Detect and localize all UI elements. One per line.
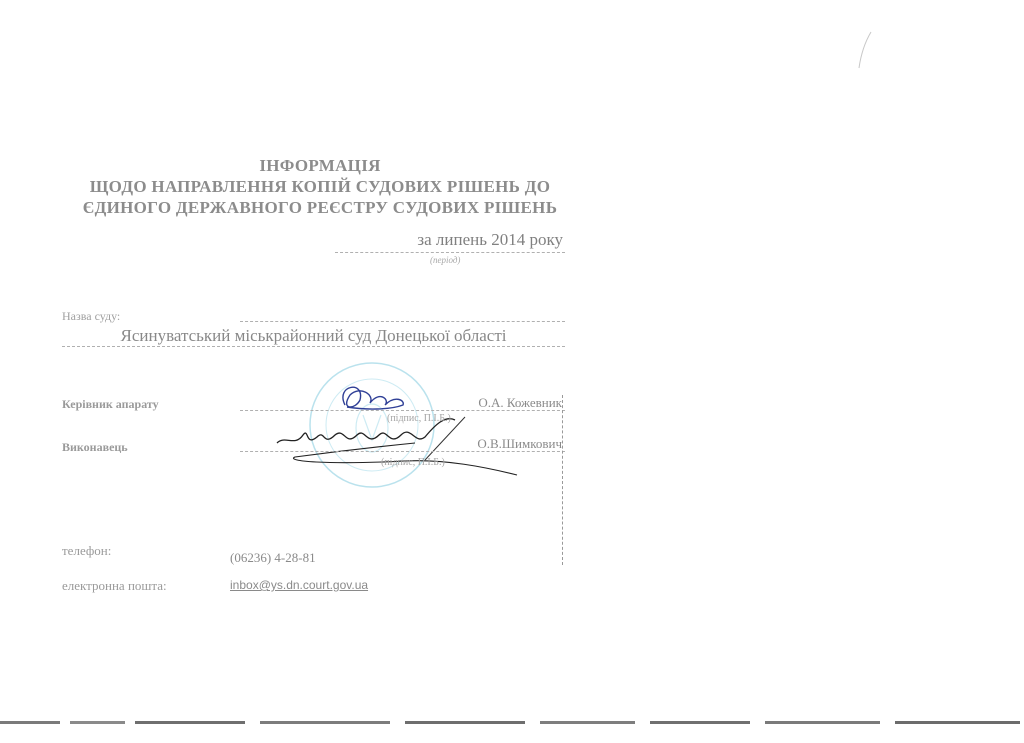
signatory-role-executor: Виконавець [62, 440, 128, 455]
signature-line-executor [240, 451, 565, 452]
email-label: електронна пошта: [62, 578, 167, 594]
period-caption: (період) [430, 255, 460, 265]
signature-caption-executor: (підпис, П.І.Б.) [381, 457, 445, 468]
document-title: ІНФОРМАЦІЯ [60, 155, 580, 176]
court-name-label: Назва суду: [62, 309, 120, 324]
handwritten-signatures-icon [265, 375, 525, 485]
pen-mark-icon [855, 30, 875, 70]
period-value: за липень 2014 року [330, 230, 563, 250]
phone-label: телефон: [62, 543, 111, 559]
court-name-line-top [240, 321, 565, 322]
signatory-name-executor: О.В.Шимкович [402, 436, 562, 452]
court-name-line-bottom [62, 346, 565, 347]
period-underline [335, 252, 565, 253]
signatory-role-head-of-staff: Керівник апарату [62, 397, 159, 412]
signature-line-head-of-staff [240, 410, 565, 411]
document-subtitle-line-2: ЄДИНОГО ДЕРЖАВНОГО РЕЄСТРУ СУДОВИХ РІШЕН… [60, 197, 580, 218]
signatory-name-head-of-staff: О.А. Кожевник [402, 395, 562, 411]
scan-edge-artifact [0, 718, 1024, 726]
document-subtitle-line-1: ЩОДО НАПРАВЛЕННЯ КОПІЙ СУДОВИХ РІШЕНЬ ДО [60, 176, 580, 197]
court-name: Ясинуватський міськрайонний суд Донецько… [62, 326, 565, 346]
email-link[interactable]: inbox@ys.dn.court.gov.ua [230, 578, 368, 592]
signature-caption-head-of-staff: (підпис, П.І.Б.) [387, 413, 451, 424]
form-border-line [562, 395, 563, 565]
phone-value: (06236) 4-28-81 [230, 550, 316, 566]
